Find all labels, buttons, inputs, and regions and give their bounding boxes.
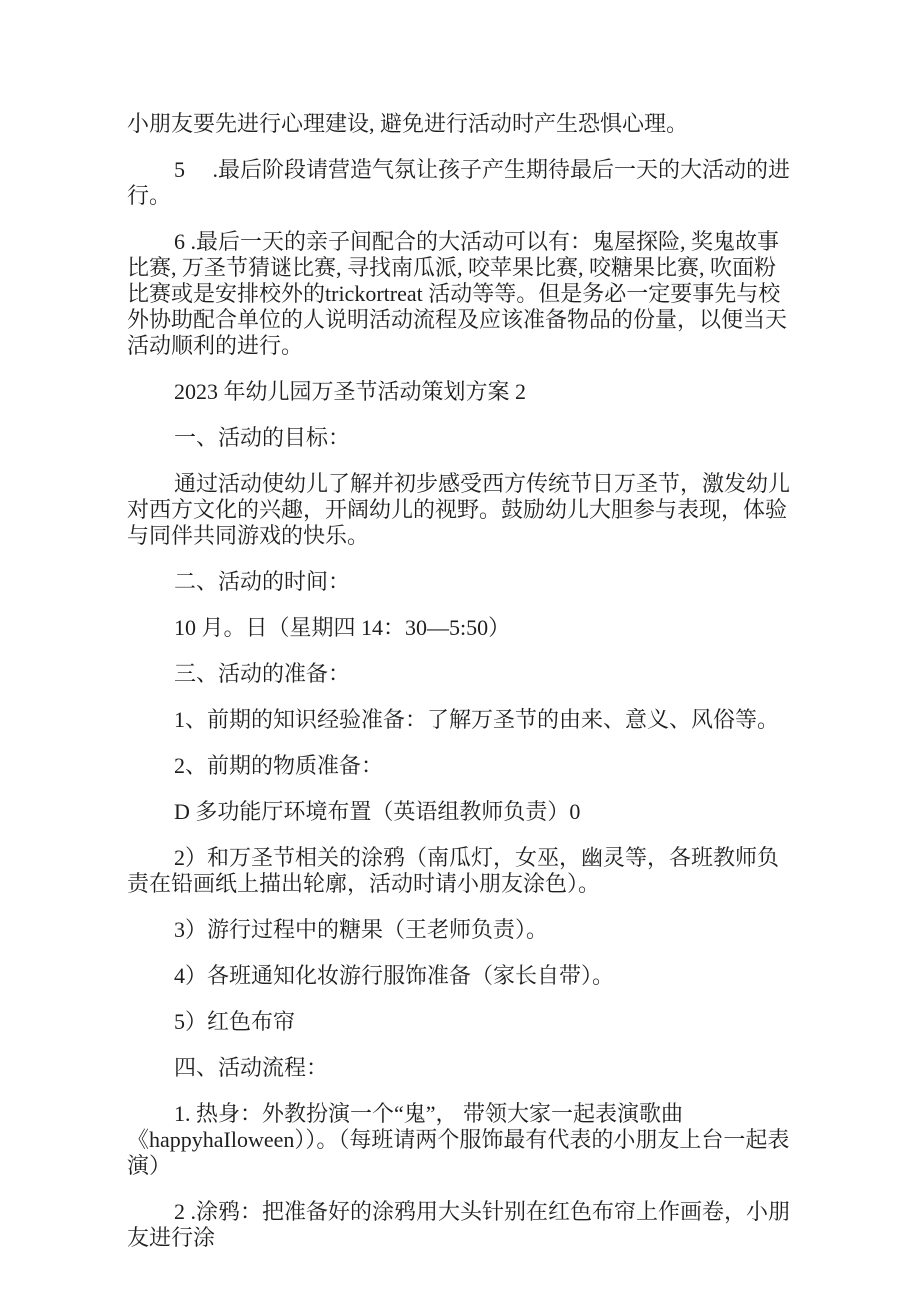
paragraph-prep-material: 2、前期的物质准备： [127, 753, 793, 779]
paragraph-time-detail: 10 月。日（星期四 14：30—5:50） [127, 615, 793, 641]
paragraph-prep-item-2: 2）和万圣节相关的涂鸦（南瓜灯，女巫，幽灵等，各班教师负责在铅画纸上描出轮廓，活… [127, 845, 793, 897]
document-page: 小朋友要先进行心理建设, 避免进行活动时产生恐惧心理。 5 .最后阶段请营造气氛… [0, 0, 920, 1301]
paragraph-goals-body: 通过活动使幼儿了解并初步感受西方传统节日万圣节，激发幼儿对西方文化的兴趣，开阔幼… [127, 471, 793, 549]
paragraph-prep-knowledge: 1、前期的知识经验准备：了解万圣节的由来、意义、风俗等。 [127, 707, 793, 733]
title-plan-2: 2023 年幼儿园万圣节活动策划方案 2 [127, 379, 793, 405]
paragraph-prep-item-3: 3）游行过程中的糖果（王老师负责）。 [127, 917, 793, 943]
heading-activity-goals: 一、活动的目标： [127, 425, 793, 451]
heading-activity-process: 四、活动流程： [127, 1055, 793, 1081]
heading-activity-preparation: 三、活动的准备： [127, 661, 793, 687]
paragraph-process-step-1: 1. 热身：外教扮演一个“鬼”， 带领大家一起表演歌曲《happyhaIlowe… [127, 1101, 793, 1179]
heading-activity-time: 二、活动的时间： [127, 569, 793, 595]
paragraph-psych-note: 小朋友要先进行心理建设, 避免进行活动时产生恐惧心理。 [127, 111, 793, 137]
paragraph-point-5: 5 .最后阶段请营造气氛让孩子产生期待最后一天的大活动的进行。 [127, 157, 793, 209]
paragraph-prep-item-5: 5）红色布帘 [127, 1009, 793, 1035]
paragraph-point-6: 6 .最后一天的亲子间配合的大活动可以有：鬼屋探险, 奖鬼故事比赛, 万圣节猜谜… [127, 229, 793, 359]
paragraph-prep-item-1: D 多功能厅环境布置（英语组教师负责）0 [127, 799, 793, 825]
paragraph-prep-item-4: 4）各班通知化妆游行服饰准备（家长自带）。 [127, 963, 793, 989]
paragraph-process-step-2: 2 .涂鸦：把准备好的涂鸦用大头针别在红色布帘上作画卷，小朋友进行涂 [127, 1199, 793, 1251]
